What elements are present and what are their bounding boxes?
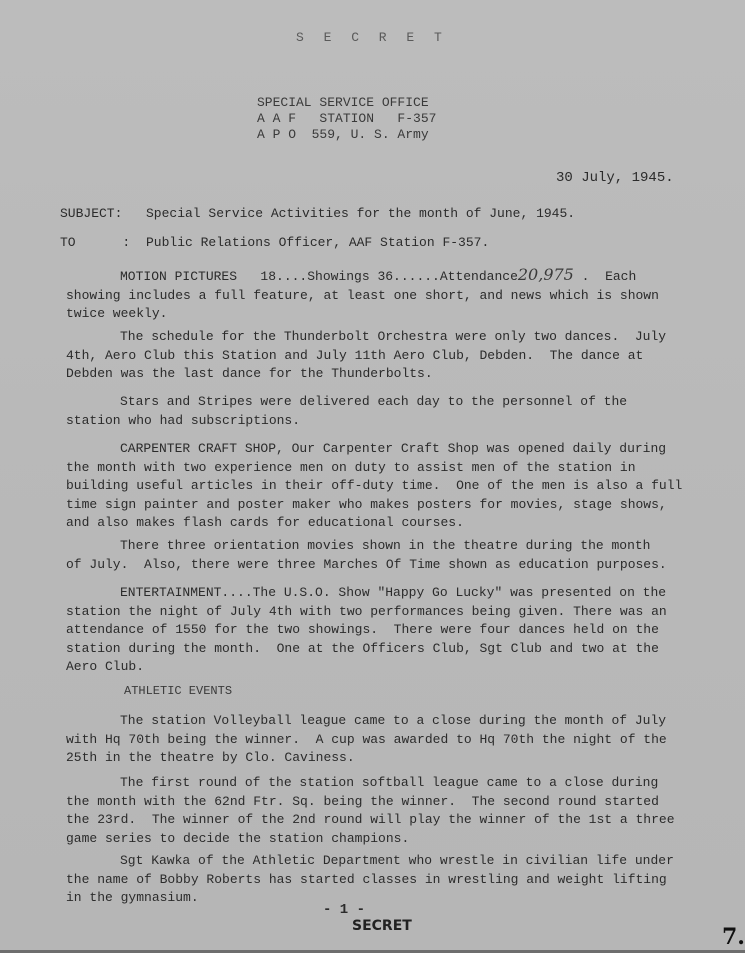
- paragraph-orientation-movies: There three orientation movies shown in …: [66, 537, 706, 574]
- paragraph-stars-stripes: Stars and Stripes were delivered each da…: [66, 393, 706, 430]
- memo-date: 30 July, 1945.: [556, 170, 674, 186]
- office-line-2: A A F STATION F-357: [257, 111, 436, 126]
- volleyball-line-3: 25th in the theatre by Clo. Caviness.: [66, 749, 706, 768]
- orchestra-line-1: The schedule for the Thunderbolt Orchest…: [66, 328, 706, 347]
- page-number: - 1 -: [323, 902, 365, 918]
- entertainment-line-1: ENTERTAINMENT....The U.S.O. Show "Happy …: [66, 584, 706, 603]
- handwritten-attendance: 20,975: [518, 265, 574, 284]
- to-label: TO :: [60, 235, 130, 250]
- wrestling-line-3: in the gymnasium.: [66, 889, 706, 908]
- softball-line-4: game series to decide the station champi…: [66, 830, 706, 849]
- carpenter-line-1: CARPENTER CRAFT SHOP, Our Carpenter Craf…: [66, 440, 706, 459]
- paragraph-motion-pictures: MOTION PICTURES 18....Showings 36......A…: [66, 266, 706, 324]
- motion-pictures-line-1-end: . Each: [574, 269, 636, 284]
- softball-line-3: the 23rd. The winner of the 2nd round wi…: [66, 811, 706, 830]
- paragraph-softball: The first round of the station softball …: [66, 774, 706, 848]
- softball-line-2: the month with the 62nd Ftr. Sq. being t…: [66, 793, 706, 812]
- top-classification: S E C R E T: [296, 30, 448, 45]
- motion-pictures-line-2: showing includes a full feature, at leas…: [66, 287, 706, 306]
- entertainment-line-2: station the night of July 4th with two p…: [66, 603, 706, 622]
- entertainment-line-4: station during the month. One at the Off…: [66, 640, 706, 659]
- wrestling-line-1: Sgt Kawka of the Athletic Department who…: [66, 852, 706, 871]
- orchestra-line-2: 4th, Aero Club this Station and July 11t…: [66, 347, 706, 366]
- paragraph-wrestling: Sgt Kawka of the Athletic Department who…: [66, 852, 706, 908]
- carpenter-line-2: the month with two experience men on dut…: [66, 459, 706, 478]
- motion-pictures-line-3: twice weekly.: [66, 305, 706, 324]
- softball-line-1: The first round of the station softball …: [66, 774, 706, 793]
- volleyball-line-1: The station Volleyball league came to a …: [66, 712, 706, 731]
- stars-line-2: station who had subscriptions.: [66, 412, 706, 431]
- to-text: Public Relations Officer, AAF Station F-…: [146, 235, 489, 250]
- carpenter-line-3: building useful articles in their off-du…: [66, 477, 706, 496]
- carpenter-line-5: and also makes flash cards for education…: [66, 514, 706, 533]
- document-page: S E C R E T SPECIAL SERVICE OFFICE A A F…: [0, 0, 745, 953]
- subject-text: Special Service Activities for the month…: [146, 206, 575, 221]
- volleyball-line-2: with Hq 70th being the winner. A cup was…: [66, 731, 706, 750]
- handwritten-page-mark: 7.: [722, 924, 745, 950]
- bottom-classification: SECRET: [352, 918, 412, 934]
- stars-line-1: Stars and Stripes were delivered each da…: [66, 393, 706, 412]
- paragraph-volleyball: The station Volleyball league came to a …: [66, 712, 706, 768]
- orientation-line-1: There three orientation movies shown in …: [66, 537, 706, 556]
- office-line-3: A P O 559, U. S. Army: [257, 127, 429, 142]
- athletic-events-heading: ATHLETIC EVENTS: [124, 684, 232, 698]
- paragraph-carpenter-shop: CARPENTER CRAFT SHOP, Our Carpenter Craf…: [66, 440, 706, 533]
- entertainment-line-3: attendance of 1550 for the two showings.…: [66, 621, 706, 640]
- orchestra-line-3: Debden was the last dance for the Thunde…: [66, 365, 706, 384]
- subject-label: SUBJECT:: [60, 206, 122, 221]
- carpenter-line-4: time sign painter and poster maker who m…: [66, 496, 706, 515]
- wrestling-line-2: the name of Bobby Roberts has started cl…: [66, 871, 706, 890]
- paragraph-entertainment: ENTERTAINMENT....The U.S.O. Show "Happy …: [66, 584, 706, 677]
- motion-pictures-line-1: MOTION PICTURES 18....Showings 36......A…: [120, 269, 518, 284]
- entertainment-line-5: Aero Club.: [66, 658, 706, 677]
- office-line-1: SPECIAL SERVICE OFFICE: [257, 95, 429, 110]
- orientation-line-2: of July. Also, there were three Marches …: [66, 556, 706, 575]
- paragraph-orchestra: The schedule for the Thunderbolt Orchest…: [66, 328, 706, 384]
